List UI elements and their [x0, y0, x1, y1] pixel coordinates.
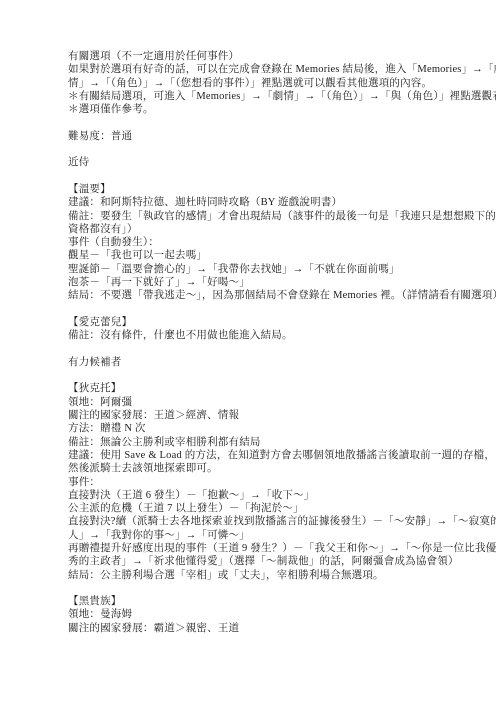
text-line: 結局：不要選「帶我逃走～」，因為那個結局不會登錄在 Memories 裡。（詳情… [68, 289, 464, 302]
block-character-diketuo: 【狄克托】領地：阿爾彊關注的國家發展：王道＞經濟、情報方法：贈禮 N 次備註：無… [68, 382, 464, 581]
text-line: 近侍 [68, 156, 464, 169]
text-line: 事件： [68, 476, 464, 489]
text-line: 秀的主政者」→「祈求他懂得愛」（選擇「～制裁他」的話，阿爾彊會成為協會領） [68, 555, 464, 568]
text-line: 有關選項（不一定適用於任何事件） [68, 50, 464, 63]
text-line: 【愛克蕾兒】 [68, 316, 464, 329]
text-line: 難易度：普通 [68, 130, 464, 143]
text-line: 泡茶－「再一下就好了」→「好喝～」 [68, 276, 464, 289]
text-line: 【黑貴族】 [68, 595, 464, 608]
text-line: 關注的國家發展：王道＞經濟、情報 [68, 409, 464, 422]
text-line: 如果對於選項有好奇的話，可以在完成會登錄在 Memories 結局後，進入「Me… [68, 63, 464, 76]
text-line: 再贈禮提升好感度出現的事件（王道 9 發生？）－「我父王和你～」→「～你是一位比… [68, 542, 464, 555]
block-character-wenyao: 【溫要】建議：和阿斯特拉德、迦杜時同時攻略（BY 遊戲說明書）備註：要發生「執政… [68, 183, 464, 303]
text-line: 關注的國家發展：霸道＞親密、王道 [68, 622, 464, 635]
text-line: ＊有關結局選項，可進入「Memories」→「劇情」→「（角色）」→「與（角色）… [68, 90, 464, 103]
block-category-attendants: 近侍 [68, 156, 464, 169]
text-line: 然後派騎士去該領地探索即可。 [68, 462, 464, 475]
text-line: 方法：贈禮 N 次 [68, 422, 464, 435]
text-line: 公主派的危機（王道 7 以上發生）－「拘泥於～」 [68, 502, 464, 515]
text-line: 直接對決（王道 6 發生）－「抱歉～」→「收下～」 [68, 489, 464, 502]
text-line: 領地：曼海姆 [68, 608, 464, 621]
document-body: 有關選項（不一定適用於任何事件）如果對於選項有好奇的話，可以在完成會登錄在 Me… [68, 50, 464, 635]
text-line: 建議：和阿斯特拉德、迦杜時同時攻略（BY 遊戲說明書） [68, 196, 464, 209]
text-line: 情」→「（角色）」→「（您想看的事件）」裡點選就可以觀看其他選項的內容。 [68, 77, 464, 90]
text-line: 資格都沒有」） [68, 223, 464, 236]
text-line: 結局：公主勝利場合選「宰相」或「丈夫」，宰相勝利場合無選項。 [68, 569, 464, 582]
text-line: 事件（自動發生）： [68, 236, 464, 249]
document-page: 有關選項（不一定適用於任何事件）如果對於選項有好奇的話，可以在完成會登錄在 Me… [68, 50, 464, 648]
text-line: 【溫要】 [68, 183, 464, 196]
block-character-black-nobles: 【黑貴族】領地：曼海姆關注的國家發展：霸道＞親密、王道 [68, 595, 464, 635]
block-category-strong-candidates: 有力候補者 [68, 356, 464, 369]
block-difficulty: 難易度：普通 [68, 130, 464, 143]
text-line: 建議：使用 Save & Load 的方法，在知道對方會去哪個領地散播謠言後讀取… [68, 449, 464, 462]
block-options-note: 有關選項（不一定適用於任何事件）如果對於選項有好奇的話，可以在完成會登錄在 Me… [68, 50, 464, 116]
text-line: 【狄克托】 [68, 382, 464, 395]
text-line: 有力候補者 [68, 356, 464, 369]
text-line: 備註：無論公主勝利或宰相勝利都有結局 [68, 436, 464, 449]
text-line: ＊選項僅作參考。 [68, 103, 464, 116]
block-character-aikeleier: 【愛克蕾兒】備註：沒有條件，什麼也不用做也能進入結局。 [68, 316, 464, 343]
text-line: 觀星－「我也可以一起去嗎」 [68, 249, 464, 262]
text-line: 聖誕節－「溫要會擔心的」→「我帶你去找她」→「不就在你面前嗎」 [68, 263, 464, 276]
text-line: 直接對決?續（派騎士去各地探索並找到散播謠言的証據後發生）－「～安靜」→「～寂寞… [68, 515, 464, 528]
text-line: 人」→「我對你的事～」→「可憐～」 [68, 529, 464, 542]
text-line: 領地：阿爾彊 [68, 396, 464, 409]
text-line: 備註：沒有條件，什麼也不用做也能進入結局。 [68, 329, 464, 342]
text-line: 備註：要發生「執政官的感情」才會出現結局（該事件的最後一句是「我連只是想想殿下的 [68, 210, 464, 223]
